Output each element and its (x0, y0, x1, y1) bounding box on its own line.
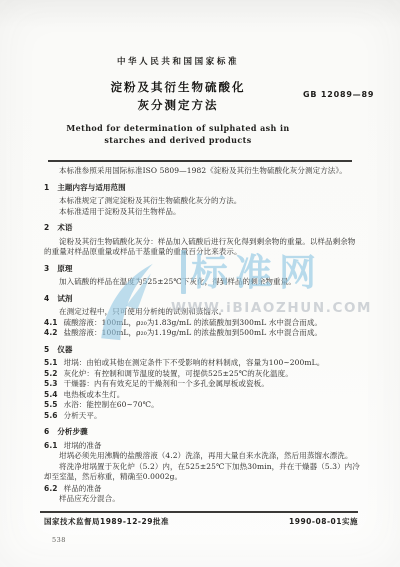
section-title: 术语 (57, 223, 72, 232)
section-number: 6 (44, 427, 49, 438)
clause-4-1: 4.1硫酸溶液：100mL，ρ₂₀为1.83g/mL 的浓硫酸加到300mL 水… (44, 318, 360, 329)
section-5-heading: 5仪器 (44, 345, 360, 356)
section-3-paragraph: 加入硫酸的样品在温度为525±25℃下灰化，得到样品的剩余物重量。 (44, 277, 360, 288)
clause-6-2-paragraph: 样品应充分混合。 (44, 494, 360, 505)
header-rule (48, 160, 352, 162)
document-body: 本标准参照采用国际标准ISO 5809—1982《淀粉及其衍生物硫酸化灰分测定方… (44, 166, 360, 505)
section-1-heading: 1主题内容与适用范围 (44, 183, 360, 194)
section-6-heading: 6分析步骤 (44, 427, 360, 438)
english-title-line-2: starches and derived products (0, 134, 356, 146)
section-title: 分析步骤 (57, 427, 87, 436)
clause-number: 4.1 (44, 318, 58, 329)
clause-number: 5.2 (44, 369, 58, 380)
footer-rule (40, 511, 358, 513)
clause-number: 4.2 (44, 328, 58, 339)
clause-6-2-heading: 6.2样品的准备 (44, 484, 360, 495)
clause-text: 硫酸溶液：100mL，ρ₂₀为1.83g/mL 的浓硫酸加到300mL 水中混合… (64, 318, 322, 327)
approval-note: 国家技术监督局1989-12-29批准 (44, 516, 169, 527)
footer: 国家技术监督局1989-12-29批准 1990-08-01实施 (44, 516, 358, 527)
clause-6-1-paragraph: 坩埚必须先用沸腾的盐酸溶液（4.2）洗涤，再用大量自来水洗涤，然后用蒸馏水漂洗。 (44, 451, 360, 462)
clause-6-1-heading: 6.1坩埚的准备 (44, 441, 360, 452)
document-page: 中华人民共和国国家标准 淀粉及其衍生物硫酸化 灰分测定方法 GB 12089—8… (0, 0, 400, 567)
clause-text: 分析天平。 (64, 411, 102, 420)
section-1-paragraph: 本标准规定了测定淀粉及其衍生物硫酸化灰分的方法。 (44, 196, 360, 207)
clause-number: 6.1 (44, 441, 58, 452)
clause-5-5: 5.5水浴：能控制在60~70℃。 (44, 400, 360, 411)
clause-title: 坩埚的准备 (64, 441, 102, 450)
section-title: 试剂 (57, 294, 72, 303)
section-number: 2 (44, 223, 49, 234)
clause-text: 灰化炉：有控制和调节温度的装置，可提供525±25℃的灰化温度。 (64, 369, 293, 378)
clause-4-2: 4.2盐酸溶液：100mL，ρ₂₀为1.19g/mL 的浓盐酸加到500mL 水… (44, 328, 360, 339)
clause-6-1-paragraph: 将洗净坩埚置于灰化炉（5.2）内，在525±25℃下加热30min，并在干燥器（… (44, 462, 360, 483)
implementation-note: 1990-08-01实施 (289, 516, 358, 527)
clause-text: 电热板或本生灯。 (64, 390, 125, 399)
section-4-heading: 4试剂 (44, 294, 360, 305)
section-2-heading: 2术语 (44, 223, 360, 234)
section-2-paragraph: 淀粉及其衍生物硫酸化灰分：样品加入硫酸后进行灰化得到剩余物的重量。以样品剩余物的… (44, 237, 360, 258)
clause-5-4: 5.4电热板或本生灯。 (44, 390, 360, 401)
standard-code: GB 12089—89 (303, 90, 374, 99)
page-number: 538 (52, 536, 66, 544)
section-title: 主题内容与适用范围 (57, 183, 125, 192)
clause-text: 干燥器：内有有效充足的干燥剂和一个多孔金属厚板或瓷板。 (64, 379, 269, 388)
section-number: 4 (44, 294, 49, 305)
clause-title: 样品的准备 (64, 484, 102, 493)
section-3-heading: 3原理 (44, 264, 360, 275)
clause-number: 6.2 (44, 484, 58, 495)
section-title: 原理 (57, 264, 72, 273)
clause-5-3: 5.3干燥器：内有有效充足的干燥剂和一个多孔金属厚板或瓷板。 (44, 379, 360, 390)
intro-paragraph: 本标准参照采用国际标准ISO 5809—1982《淀粉及其衍生物硫酸化灰分测定方… (44, 166, 360, 177)
clause-5-6: 5.6分析天平。 (44, 411, 360, 422)
clause-number: 5.5 (44, 400, 58, 411)
clause-5-1: 5.1坩埚：由铂或其他在测定条件下不受影响的材料制成，容量为100~200mL。 (44, 358, 360, 369)
clause-number: 5.1 (44, 358, 58, 369)
clause-text: 水浴：能控制在60~70℃。 (64, 400, 159, 409)
clause-5-2: 5.2灰化炉：有控制和调节温度的装置，可提供525±25℃的灰化温度。 (44, 369, 360, 380)
clause-number: 5.3 (44, 379, 58, 390)
section-title: 仪器 (57, 345, 72, 354)
english-title-line-1: Method for determination of sulphated as… (0, 122, 356, 134)
clause-number: 5.6 (44, 411, 58, 422)
national-standard-label: 中华人民共和国国家标准 (0, 55, 356, 67)
section-number: 1 (44, 183, 49, 194)
section-number: 5 (44, 345, 49, 356)
section-4-paragraph: 在测定过程中，只可使用分析纯的试剂和蒸馏水。 (44, 307, 360, 318)
clause-text: 坩埚：由铂或其他在测定条件下不受影响的材料制成，容量为100~200mL。 (64, 358, 325, 367)
clause-text: 盐酸溶液：100mL，ρ₂₀为1.19g/mL 的浓盐酸加到500mL 水中混合… (64, 328, 322, 337)
section-1-paragraph: 本标准适用于淀粉及其衍生物样品。 (44, 207, 360, 218)
clause-number: 5.4 (44, 390, 58, 401)
section-number: 3 (44, 264, 49, 275)
english-title: Method for determination of sulphated as… (0, 122, 356, 146)
